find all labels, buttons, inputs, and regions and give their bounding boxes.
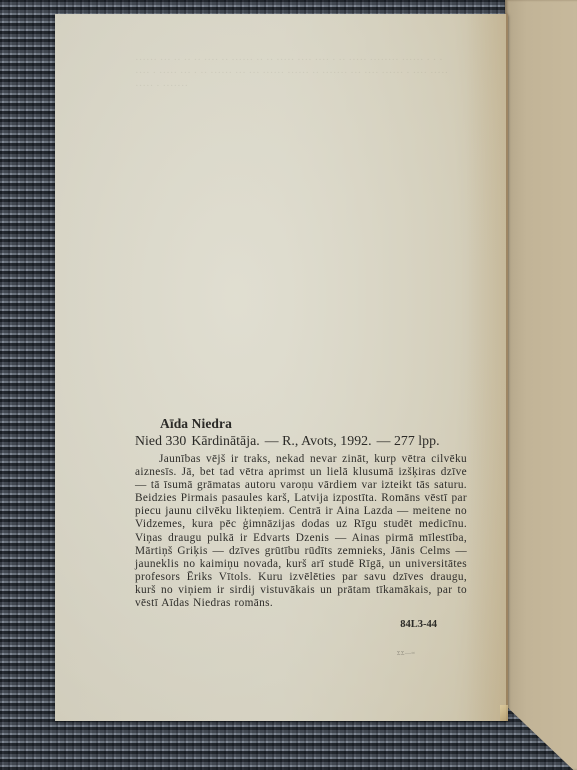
stamp-mark: ΣΣ—≈ xyxy=(397,651,415,657)
classification-code: 84L3-44 xyxy=(135,619,467,630)
catalog-card: Aīda Niedra Nied 330Kārdinātāja.— R., Av… xyxy=(135,416,467,630)
book-page: · · · ······ ········ ····· ·· · ···· ··… xyxy=(55,14,508,721)
author-name: Aīda Niedra xyxy=(135,416,467,432)
book-title: Kārdinātāja. xyxy=(191,433,259,448)
show-through-text: · · · ······ ········ ····· ·· · ···· ··… xyxy=(135,54,455,93)
book-back-cover xyxy=(505,0,577,770)
call-number: Nied 330 xyxy=(135,433,186,448)
catalog-heading: Nied 330Kārdinātāja.— R., Avots, 1992.— … xyxy=(135,432,467,449)
publication-info: — R., Avots, 1992. xyxy=(265,433,372,448)
page-count: — 277 lpp. xyxy=(377,433,440,448)
annotation: Jaunības vējš ir traks, nekad nevar zinā… xyxy=(135,453,467,610)
annotation-text: Jaunības vējš ir traks, nekad nevar zinā… xyxy=(135,453,467,610)
page-corner xyxy=(500,705,508,721)
